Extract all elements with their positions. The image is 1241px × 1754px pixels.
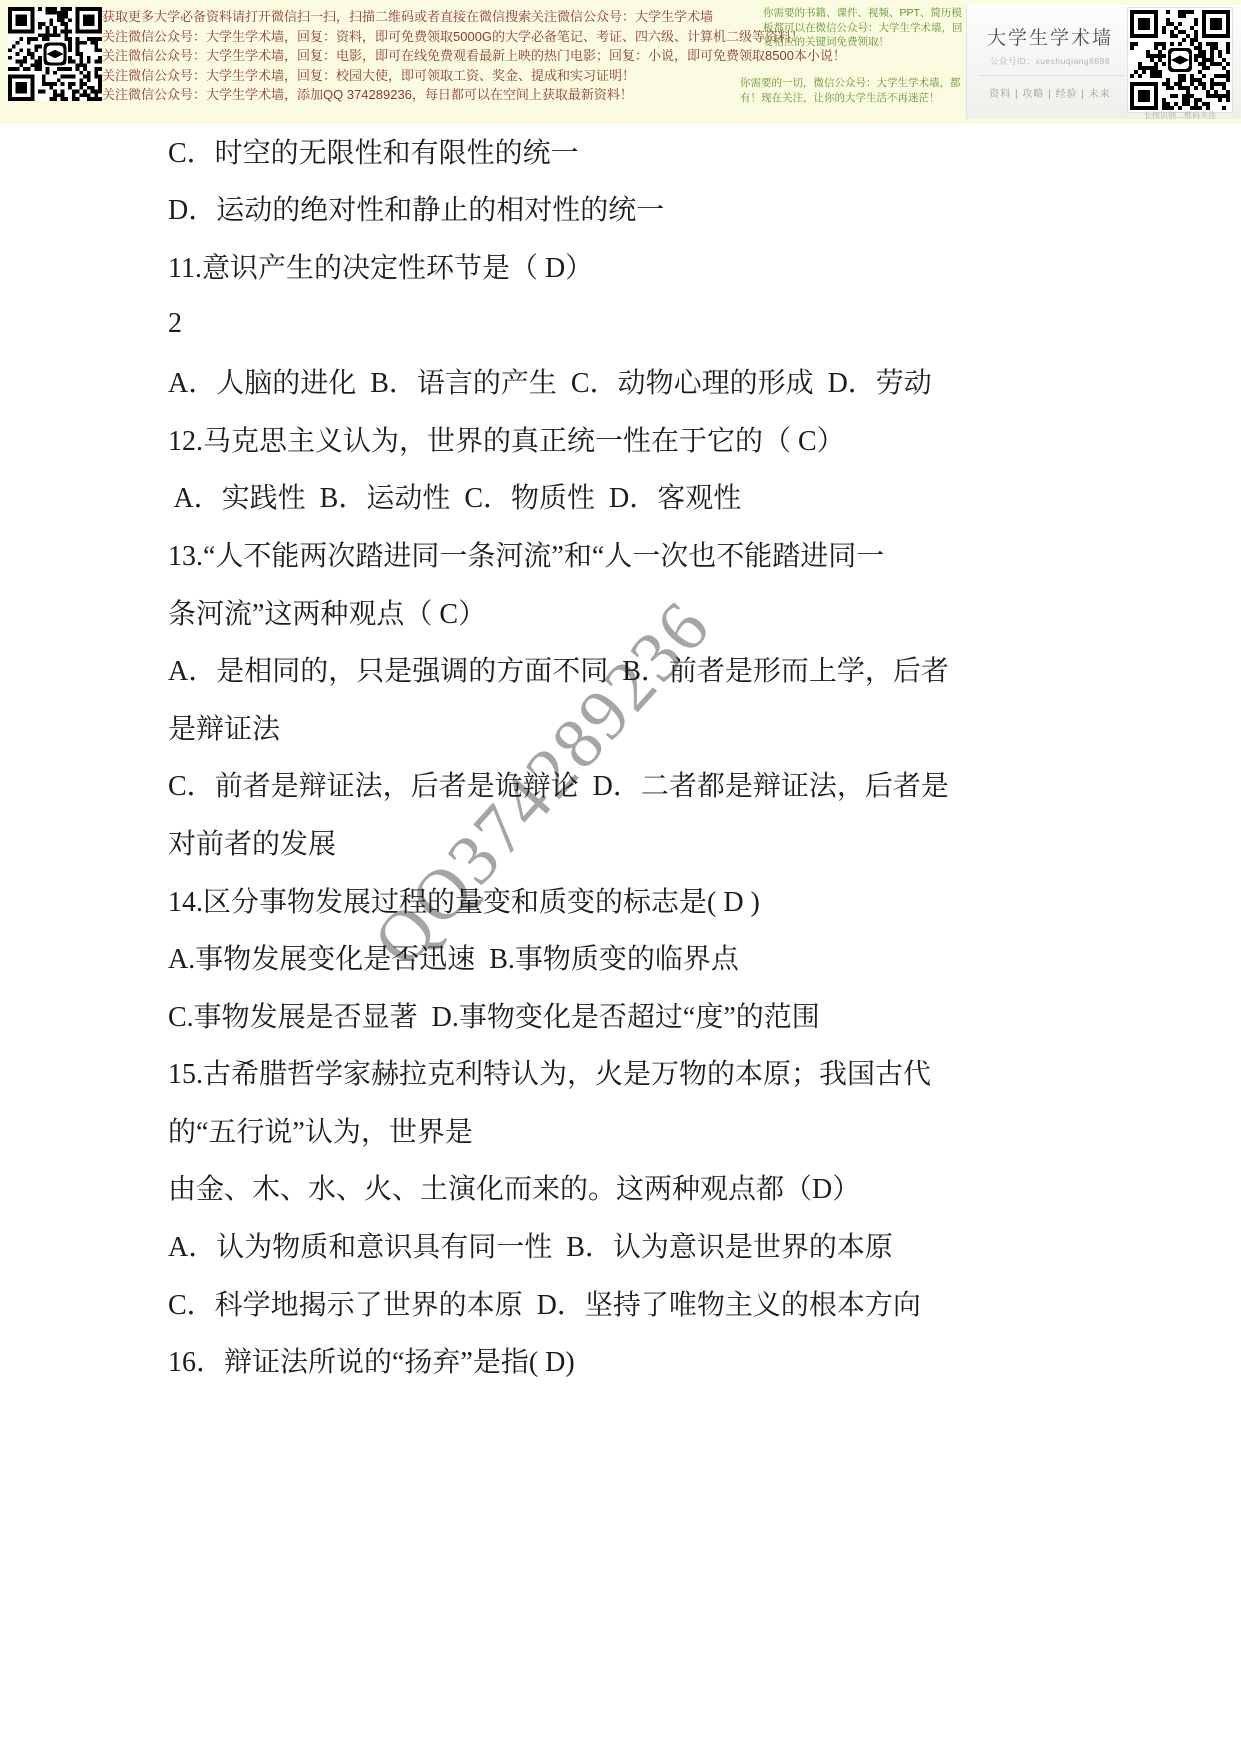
promo-text-block: 获取更多大学必备资料请打开微信扫一扫，扫描二维码或者直接在微信搜索关注微信公众号… <box>102 7 846 105</box>
text-line: A．是相同的，只是强调的方面不同 B．前者是形而上学，后者 <box>168 640 1188 698</box>
promo-line: 关注微信公众号：大学生学术墙，添加QQ 374289236，每日都可以在空间上获… <box>102 85 846 105</box>
account-card-divider <box>979 75 1124 76</box>
text-line: A．认为物质和意识具有同一性 B．认为意识是世界的本原 <box>168 1216 1188 1274</box>
text-line: C.事物发展是否显著 D.事物变化是否超过“度”的范围 <box>168 986 1188 1044</box>
promo-line: 关注微信公众号：大学生学术墙，回复：资料，即可免费领取5000G的大学必备笔记、… <box>102 27 846 47</box>
text-line: 15.古希腊哲学家赫拉克利特认为，火是万物的本原；我国古代 <box>168 1044 1188 1102</box>
document-page: 获取更多大学必备资料请打开微信扫一扫，扫描二维码或者直接在微信搜索关注微信公众号… <box>0 0 1241 1754</box>
text-line: 对前者的发展 <box>168 813 1188 871</box>
text-line: 13.“人不能两次踏进同一条河流”和“人一次也不能踏进同一 <box>168 525 1188 583</box>
text-line: 12.马克思主义认为，世界的真正统一性在于它的（ C） <box>168 410 1188 468</box>
question-list: C．时空的无限性和有限性的统一 D．运动的绝对性和静止的相对性的统一 11.意识… <box>168 122 1188 1389</box>
account-card-id: 公众号ID：xueshuqiang8888 <box>975 55 1125 67</box>
text-line: C．前者是辩证法，后者是诡辩论 D．二者都是辩证法，后者是 <box>168 756 1188 814</box>
text-line: A．实践性 B．运动性 C．物质性 D．客观性 <box>168 468 1188 526</box>
qr-caption: 长按识别二维码关注 <box>1128 110 1232 121</box>
text-line: 是辩证法 <box>168 698 1188 756</box>
text-line: C．时空的无限性和有限性的统一 <box>168 122 1188 180</box>
promo-note-top: 你需要的书籍、课件、视频、PPT、简历模板都可以在微信公众号：大学生学术墙，回复… <box>763 6 963 50</box>
account-card-title: 大学生学术墙 <box>975 23 1125 50</box>
promo-line: 关注微信公众号：大学生学术墙，回复：电影，即可在线免费观看最新上映的热门电影；回… <box>102 46 846 66</box>
text-line: C．科学地揭示了世界的本原 D．坚持了唯物主义的根本方向 <box>168 1274 1188 1332</box>
qr-code-left-icon <box>8 7 102 101</box>
text-line: 由金、木、水、火、土演化而来的。这两种观点都（D） <box>168 1159 1188 1217</box>
text-line: A.事物发展变化是否迅速 B.事物质变的临界点 <box>168 928 1188 986</box>
text-line: 11.意识产生的决定性环节是（ D） <box>168 237 1188 295</box>
text-line: 的“五行说”认为，世界是 <box>168 1101 1188 1159</box>
promo-banner: 获取更多大学必备资料请打开微信扫一扫，扫描二维码或者直接在微信搜索关注微信公众号… <box>0 0 1241 124</box>
promo-line: 获取更多大学必备资料请打开微信扫一扫，扫描二维码或者直接在微信搜索关注微信公众号… <box>102 7 846 27</box>
promo-note-bottom: 你需要的一切，微信公众号：大学生学术墙，都有！现在关注，让你的大学生活不再迷茫！ <box>740 76 962 105</box>
text-line: 14.区分事物发展过程的量变和质变的标志是( D ) <box>168 871 1188 929</box>
text-line: A．人脑的进化 B．语言的产生 C．动物心理的形成 D．劳动 <box>168 352 1188 410</box>
promo-line: 关注微信公众号：大学生学术墙，回复：校园大使，即可领取工资、奖金、提成和实习证明… <box>102 66 846 86</box>
text-line: 2 <box>168 295 1188 353</box>
text-line: 条河流”这两种观点（ C） <box>168 583 1188 641</box>
account-card-links: 资料 | 攻略 | 经验 | 未来 <box>975 85 1125 100</box>
qr-code-right-icon <box>1128 8 1232 112</box>
text-line: 16．辩证法所说的“扬弃”是指( D) <box>168 1331 1188 1389</box>
text-line: D．运动的绝对性和静止的相对性的统一 <box>168 180 1188 238</box>
